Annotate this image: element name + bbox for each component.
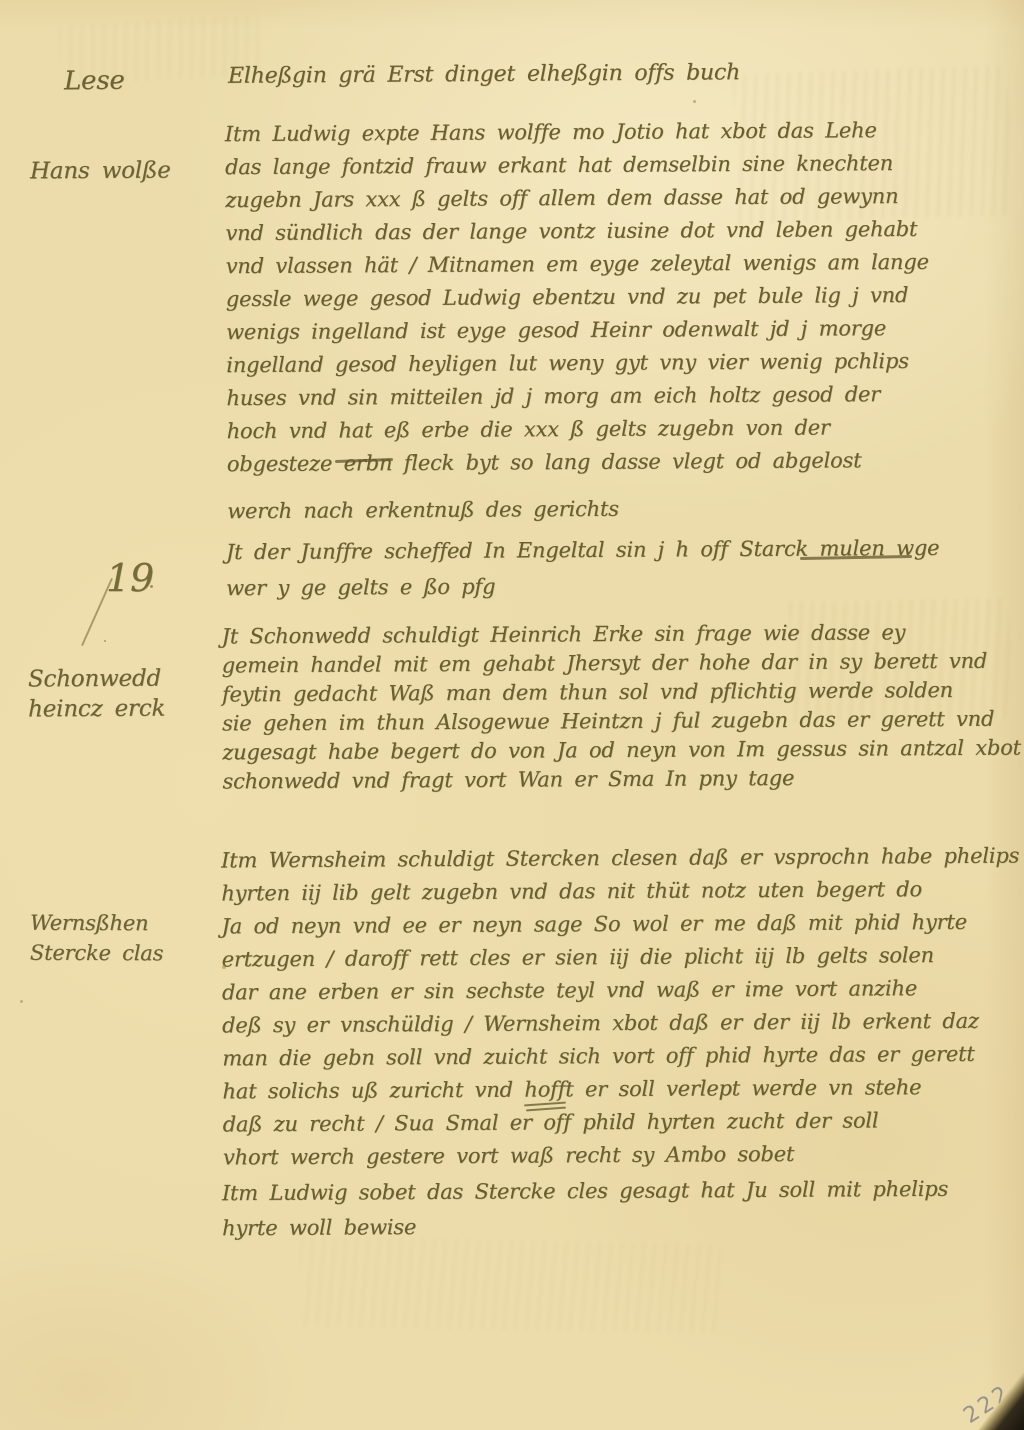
- manuscript-line: hyrte woll bewise: [222, 1207, 948, 1246]
- manuscript-line: vnd vlassen hät / Mitnamen em eyge zeley…: [226, 246, 929, 283]
- ink-speck: [150, 585, 153, 588]
- entry-third: Jt Schonwedd schuldigt Heinrich Erke sin…: [221, 618, 1021, 797]
- manuscript-line: ingelland gesod heyligen lut weny gyt vn…: [226, 345, 929, 382]
- margin-number-slash: [81, 578, 113, 646]
- manuscript-line: Itm Ludwig sobet das Stercke cles gesagt…: [222, 1172, 948, 1211]
- manuscript-line: werch nach erkentnuß des gerichts: [227, 491, 930, 528]
- manuscript-line: ertzugen / daroff rett cles er sien iij …: [222, 939, 1020, 977]
- manuscript-line: daß zu recht / Sua Smal er off phild hyr…: [223, 1104, 1021, 1142]
- entry-second: Jt der Junffre scheffed In Engeltal sin …: [226, 530, 940, 606]
- margin-entry-number: 19: [106, 556, 154, 600]
- ink-speck: [222, 965, 226, 969]
- ink-speck: [104, 640, 106, 642]
- manuscript-line: hat solichs uß zuricht vnd hofft er soll…: [222, 1071, 1020, 1109]
- manuscript-line: huses vnd sin mitteilen jd j morg am eic…: [226, 378, 929, 415]
- manuscript-line: hyrten iij lib gelt zugebn vnd das nit t…: [221, 873, 1019, 911]
- manuscript-line: dar ane erben er sin sechste teyl vnd wa…: [222, 972, 1020, 1010]
- entry-fourth: Itm Wernsheim schuldigt Stercken clesen …: [221, 840, 1021, 1175]
- entry-fifth: Itm Ludwig sobet das Stercke cles gesagt…: [222, 1172, 949, 1246]
- entry-heading: Elheßgin grä Erst dinget elheßgin offs b…: [228, 60, 740, 89]
- manuscript-line: zugesagt habe begert do von Ja od neyn v…: [222, 734, 1021, 768]
- manuscript-line: das lange fontzid frauw erkant hat demse…: [225, 147, 928, 184]
- ink-speck: [693, 100, 696, 103]
- manuscript-line: man die gebn soll vnd zuicht sich vort o…: [222, 1038, 1020, 1076]
- manuscript-line: vnd sündlich das der lange vontz iusine …: [225, 213, 928, 250]
- scan-corner-shadow: [972, 1372, 1024, 1430]
- margin-note-line: Wernsßhen: [30, 908, 163, 939]
- manuscript-line: obgesteze erbn fleck byt so lang dasse v…: [227, 444, 930, 481]
- manuscript-line: zugebn Jars xxx ß gelts off allem dem da…: [225, 180, 928, 217]
- margin-note-line: Schonwedd: [28, 664, 165, 695]
- manuscript-line: Ja od neyn vnd ee er neyn sage So wol er…: [221, 906, 1019, 944]
- margin-note-schonwedd: Schonwedd heincz erck: [28, 664, 166, 725]
- margin-note-wernsshen: Wernsßhen Stercke clas: [30, 908, 164, 969]
- margin-note-line: heincz erck: [28, 694, 165, 725]
- manuscript-line: wer y ge gelts e ßo pfg: [226, 566, 940, 606]
- entry-first: Itm Ludwig expte Hans wolffe mo Jotio ha…: [225, 114, 931, 528]
- margin-note-line: Stercke clas: [30, 938, 163, 969]
- manuscript-line: Jt der Junffre scheffed In Engeltal sin …: [226, 530, 940, 570]
- manuscript-line: deß sy er vnschüldig / Wernsheim xbot da…: [222, 1005, 1020, 1043]
- manuscript-line: gessle wege gesod Ludwig ebentzu vnd zu …: [226, 279, 929, 316]
- manuscript-line: wenigs ingelland ist eyge gesod Heinr od…: [226, 312, 929, 349]
- manuscript-line: Itm Wernsheim schuldigt Stercken clesen …: [221, 840, 1019, 878]
- manuscript-line: Itm Ludwig expte Hans wolffe mo Jotio ha…: [225, 114, 928, 151]
- margin-note-hans-wolff: Hans wolße: [30, 158, 171, 185]
- margin-note-lese: Lese: [64, 66, 125, 97]
- manuscript-line: schonwedd vnd fragt vort Wan er Sma In p…: [222, 763, 1021, 797]
- manuscript-line: vhort werch gestere vort waß recht sy Am…: [223, 1137, 1021, 1175]
- manuscript-line: hoch vnd hat eß erbe die xxx ß gelts zug…: [227, 411, 930, 448]
- manuscript-page: Lese Hans wolße 19 Schonwedd heincz erck…: [0, 0, 1024, 1430]
- verso-show-through: [299, 1236, 721, 1333]
- ink-speck: [20, 1000, 23, 1003]
